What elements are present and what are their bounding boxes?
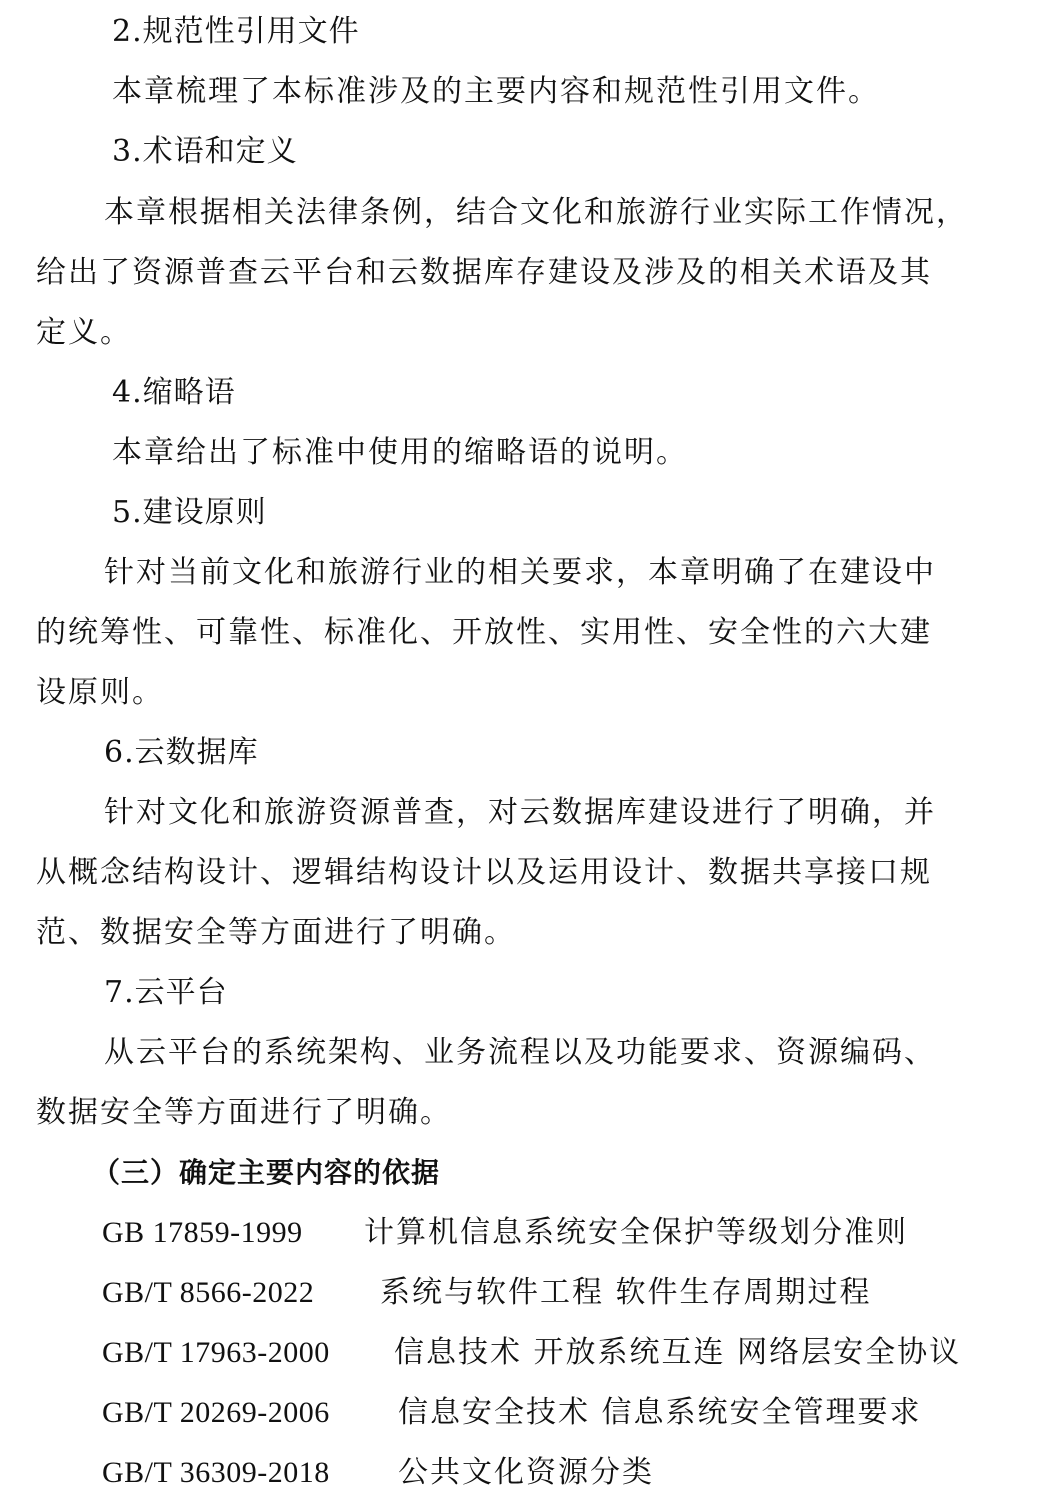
section-paragraph-line: 针对文化和旅游资源普查，对云数据库建设进行了明确，并 <box>104 793 936 833</box>
reference-code: GB 17859-1999 <box>102 1213 364 1253</box>
section-paragraph-line: 本章给出了标准中使用的缩略语的说明。 <box>112 433 688 473</box>
section-paragraph-line: 的统筹性、可靠性、标准化、开放性、实用性、安全性的六大建 <box>36 613 932 653</box>
reference-code: GB/T 36309-2018 <box>102 1453 398 1493</box>
reference-title: 计算机信息系统安全保护等级划分准则 <box>364 1213 908 1253</box>
reference-code: GB/T 8566-2022 <box>102 1273 380 1313</box>
reference-title: 系统与软件工程 软件生存周期过程 <box>380 1273 872 1313</box>
reference-code: GB/T 20269-2006 <box>102 1393 398 1433</box>
section-paragraph-line: 数据安全等方面进行了明确。 <box>36 1093 452 1133</box>
reference-title: 公共文化资源分类 <box>398 1453 654 1493</box>
section-paragraph-line: 本章根据相关法律条例，结合文化和旅游行业实际工作情况， <box>104 193 968 233</box>
basis-heading: （三）确定主要内容的依据 <box>92 1153 440 1193</box>
reference-item: GB 17859-1999计算机信息系统安全保护等级划分准则 <box>102 1213 908 1253</box>
section-paragraph-line: 定义。 <box>36 313 132 353</box>
section-heading-5: 5.建设原则 <box>112 493 267 533</box>
reference-title: 信息安全技术 信息系统安全管理要求 <box>398 1393 922 1433</box>
section-paragraph-line: 给出了资源普查云平台和云数据库存建设及涉及的相关术语及其 <box>36 253 932 293</box>
reference-item: GB/T 17963-2000信息技术 开放系统互连 网络层安全协议 <box>102 1333 961 1373</box>
section-paragraph-line: 设原则。 <box>36 673 164 713</box>
section-paragraph-line: 针对当前文化和旅游行业的相关要求，本章明确了在建设中 <box>104 553 936 593</box>
reference-item: GB/T 20269-2006信息安全技术 信息系统安全管理要求 <box>102 1393 922 1433</box>
reference-code: GB/T 17963-2000 <box>102 1333 394 1373</box>
reference-item: GB/T 8566-2022系统与软件工程 软件生存周期过程 <box>102 1273 872 1313</box>
reference-title: 信息技术 开放系统互连 网络层安全协议 <box>394 1333 961 1373</box>
section-heading-6: 6.云数据库 <box>104 733 259 773</box>
reference-item: GB/T 36309-2018公共文化资源分类 <box>102 1453 654 1493</box>
section-heading-2: 2.规范性引用文件 <box>112 12 360 52</box>
section-paragraph-line: 从概念结构设计、逻辑结构设计以及运用设计、数据共享接口规 <box>36 853 932 893</box>
section-paragraph-line: 从云平台的系统架构、业务流程以及功能要求、资源编码、 <box>104 1033 936 1073</box>
section-heading-3: 3.术语和定义 <box>112 132 298 172</box>
section-paragraph-line: 范、数据安全等方面进行了明确。 <box>36 913 516 953</box>
section-heading-7: 7.云平台 <box>104 973 228 1013</box>
section-heading-4: 4.缩略语 <box>112 373 236 413</box>
section-paragraph-line: 本章梳理了本标准涉及的主要内容和规范性引用文件。 <box>112 72 880 112</box>
